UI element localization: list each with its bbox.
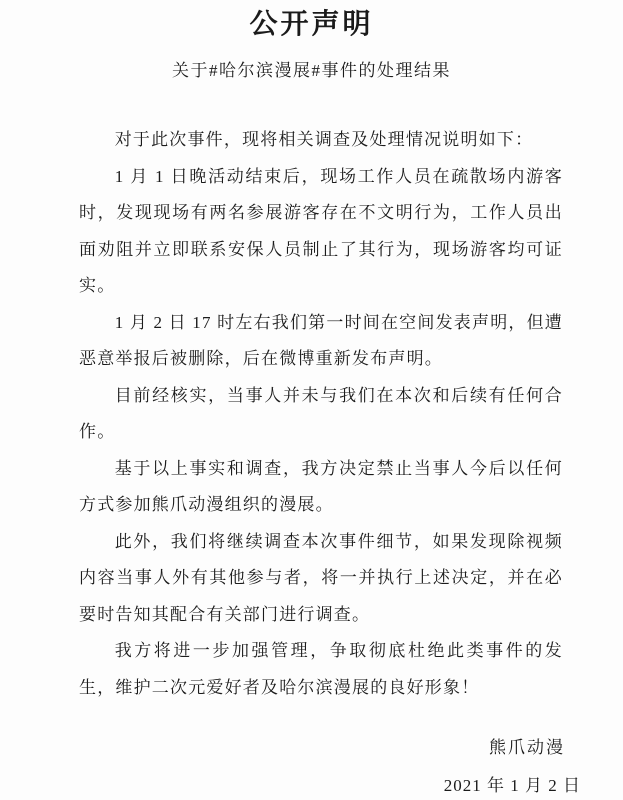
paragraph-verification: 目前经核实，当事人并未与我们在本次和后续有任何合作。: [79, 378, 563, 451]
signature-date: 2021 年 1 月 2 日: [0, 772, 623, 800]
paragraph-decision: 基于以上事实和调查，我方决定禁止当事人今后以任何方式参加熊爪动漫组织的漫展。: [79, 451, 563, 524]
paragraph-incident: 1 月 1 日晚活动结束后，现场工作人员在疏散场内游客时，发现现场有两名参展游客…: [79, 159, 563, 305]
signature-organization: 熊爪动漫: [0, 733, 623, 763]
paragraph-intro: 对于此次事件，现将相关调查及处理情况说明如下：: [79, 122, 563, 159]
paragraph-further-investigation: 此外，我们将继续调查本次事件细节，如果发现除视频内容当事人外有其他参与者，将一并…: [79, 524, 563, 634]
paragraph-closing: 我方将进一步加强管理，争取彻底杜绝此类事件的发生，维护二次元爱好者及哈尔滨漫展的…: [79, 633, 563, 706]
document-title: 公开声明: [0, 0, 623, 44]
document-subtitle: 关于#哈尔滨漫展#事件的处理结果: [0, 59, 623, 83]
paragraph-first-statement: 1 月 2 日 17 时左右我们第一时间在空间发表声明，但遭恶意举报后被删除，后…: [79, 305, 563, 378]
document-body: 对于此次事件，现将相关调查及处理情况说明如下： 1 月 1 日晚活动结束后，现场…: [79, 122, 563, 706]
public-statement-document: 公开声明 关于#哈尔滨漫展#事件的处理结果 对于此次事件，现将相关调查及处理情况…: [0, 0, 623, 800]
